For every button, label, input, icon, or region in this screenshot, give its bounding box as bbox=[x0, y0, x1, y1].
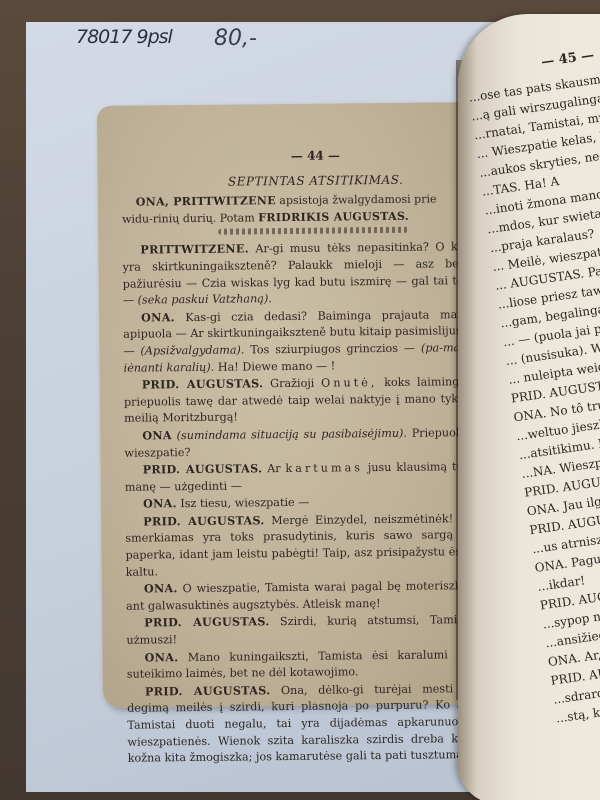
speaker-name: ONA. bbox=[141, 310, 175, 324]
stage-direction: ONA, PRITTWITZENE apsistoja žwalgydamosi… bbox=[122, 191, 470, 228]
dialogue-line: ONA. Mano kuningaikszti, Tamista ėsi kar… bbox=[127, 646, 475, 684]
dialogue-line: PRITTWITZENE. Ar-gi musu tėks nepasitink… bbox=[122, 238, 471, 309]
speaker-name: ONA. bbox=[143, 496, 177, 510]
speaker-name: PRID. AUGUSTAS. bbox=[142, 376, 264, 391]
dialogue-text: O wieszpatie, Tamista warai pagal bę mot… bbox=[126, 579, 474, 612]
dialogue-text: Ha! Diewe mano — ! bbox=[218, 359, 336, 373]
emphasized-text: kartumas bbox=[285, 461, 363, 475]
left-page-text: — 44 — SEPTINTAS ATSITIKIMAS. ONA, PRITT… bbox=[121, 146, 475, 767]
speaker-name: ONA. bbox=[145, 650, 179, 664]
dialogue-text: Tos sziurpiugos grinczios — bbox=[250, 342, 415, 357]
dialogue-line: PRID. AUGUSTAS. Szirdi, kurią atstumsi, … bbox=[126, 611, 474, 649]
speaker-name: PRITTWITZENE. bbox=[140, 242, 249, 257]
right-page-text: — 45 — ...ose tas pats skausmas...ą gali… bbox=[464, 40, 600, 728]
wavy-divider bbox=[218, 227, 408, 235]
dialogue-line: PRID. AUGUSTAS. Gražioji Onutė, koks lai… bbox=[124, 373, 473, 427]
dialogue-text: Isz tiesu, wieszpatie — bbox=[180, 496, 309, 510]
dialogue-line: ONA (sumindama situaciją su pasibaisėjim… bbox=[124, 424, 472, 462]
emphasized-text: Onutė, bbox=[321, 376, 377, 390]
dialogue-line: PRID. AUGUSTAS. Ar kartumas jusu klausim… bbox=[125, 458, 473, 496]
dialogue-line: ONA. Kas-gi czia dedasi? Baiminga prajau… bbox=[123, 306, 472, 377]
left-book-page: — 44 — SEPTINTAS ATSITIKIMAS. ONA, PRITT… bbox=[97, 102, 479, 708]
speaker-name: PRID. AUGUSTAS. bbox=[145, 683, 271, 698]
stage-note: (Apsižvalgydama). bbox=[140, 343, 244, 357]
dialogue-line: ONA. O wieszpatie, Tamista warai pagal b… bbox=[126, 577, 474, 615]
scene-title: SEPTINTAS ATSITIKIMAS. bbox=[162, 171, 470, 191]
speaker-name: PRID. AUGUSTAS. bbox=[143, 461, 263, 476]
handwritten-price: 80,- bbox=[214, 26, 257, 51]
dialogue-line: PRID. AUGUSTAS. Mergė Einzydel, neiszmėt… bbox=[125, 510, 474, 581]
handwritten-inventory-code: 78017 9psl bbox=[76, 26, 172, 48]
right-book-page-curled: — 45 — ...ose tas pats skausmas...ą gali… bbox=[458, 14, 600, 800]
page-number: — 44 — bbox=[161, 146, 469, 166]
dialogue-text: Mano kuningaikszti, Tamista ėsi karalumi… bbox=[127, 648, 475, 681]
dialogue-line: PRID. AUGUSTAS. Ona, dėlko-gi turėjai me… bbox=[127, 680, 476, 768]
speaker-name: PRID. AUGUSTAS. bbox=[143, 513, 265, 528]
stage-direction-speaker2: FRIDRIKIS AUGUSTAS. bbox=[258, 210, 409, 225]
speaker-name: PRID. AUGUSTAS. bbox=[144, 615, 269, 630]
speaker-name: ONA bbox=[142, 428, 172, 442]
dialogue-text: Gražioji bbox=[270, 377, 314, 390]
stage-note: — (seka paskui Vatzhaną). bbox=[123, 292, 272, 307]
speaker-name: ONA. bbox=[144, 581, 178, 595]
dialogue-text: Ar bbox=[267, 462, 281, 475]
right-page-lines: ...ose tas pats skausmas...ą gali wirszu… bbox=[467, 65, 600, 728]
stage-direction-speakers: ONA, PRITTWITZENE bbox=[136, 194, 276, 208]
stage-note: (sumindama situaciją su pasibaisėjimu). bbox=[177, 427, 407, 442]
